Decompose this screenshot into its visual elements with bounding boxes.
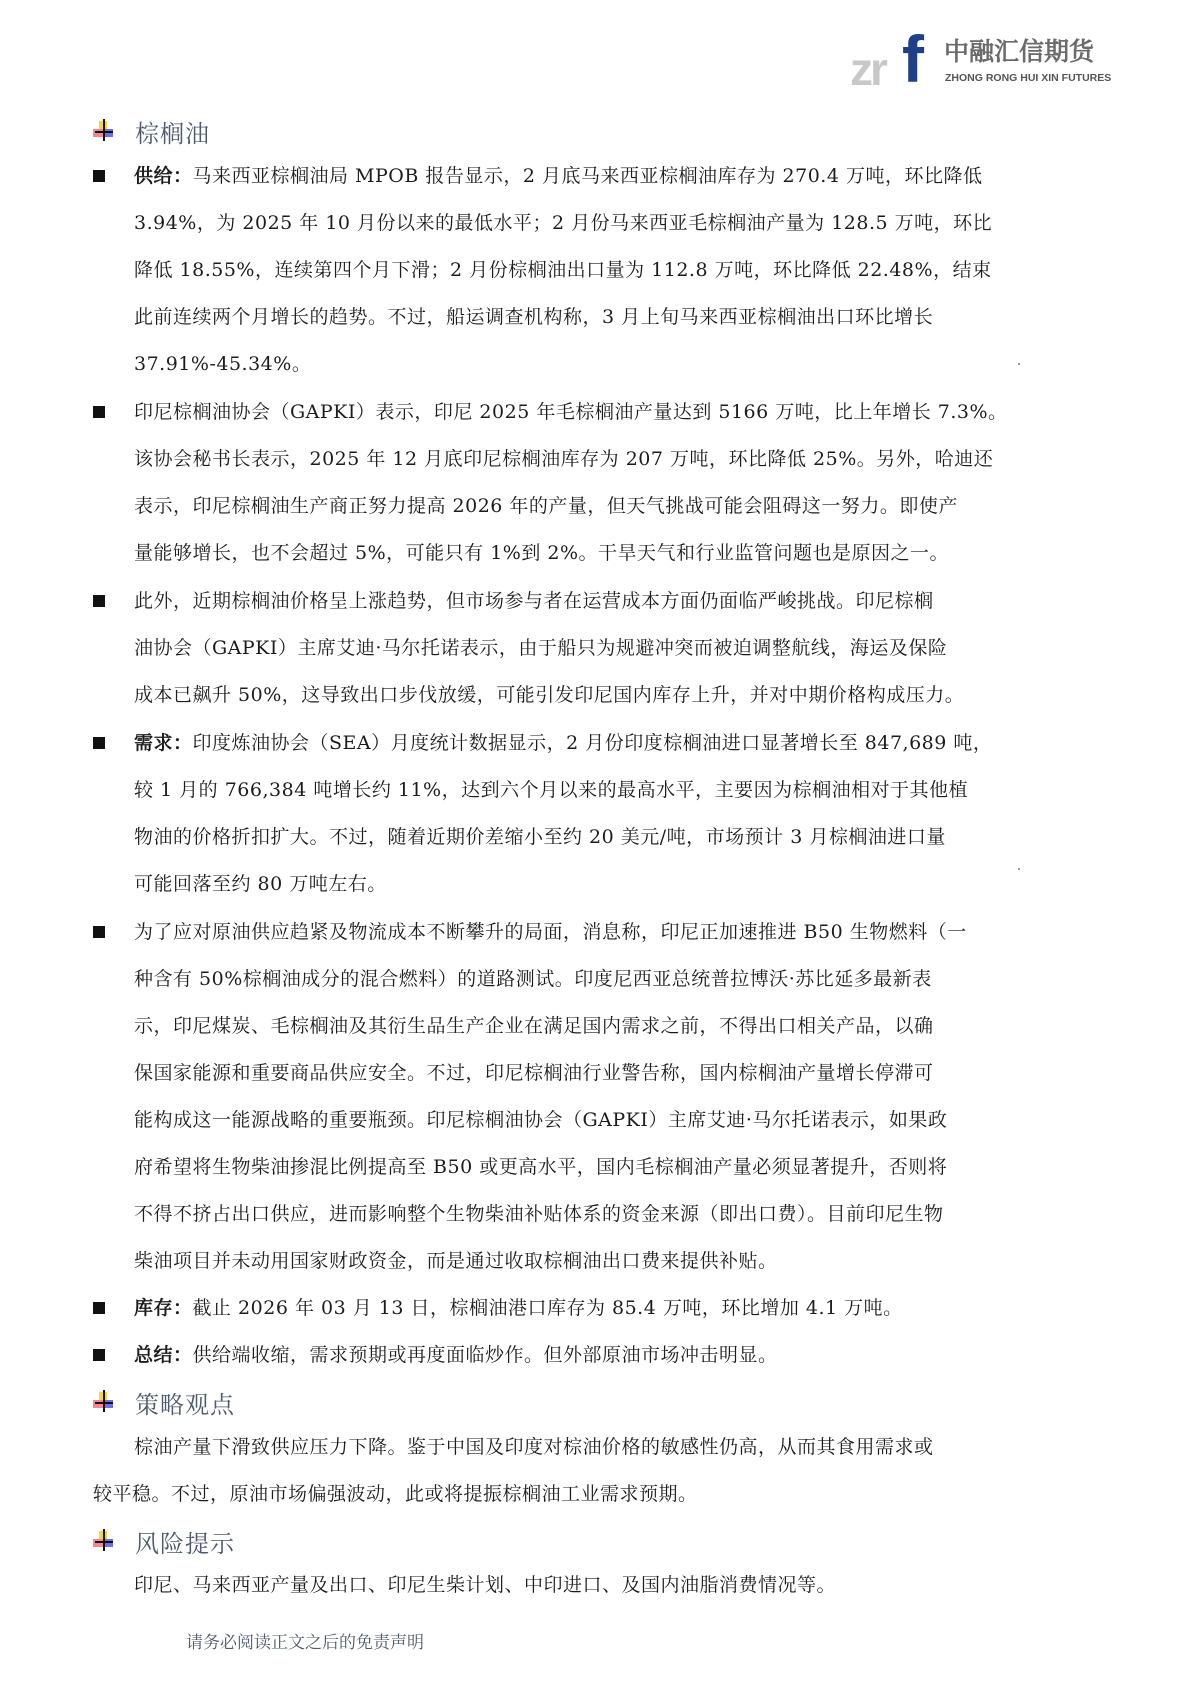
- disclaimer-footer: 请务必阅读正文之后的免责声明: [186, 1628, 424, 1653]
- item-label: 库存：: [134, 1297, 193, 1319]
- paragraph-line: 此前连续两个月增长的趋势。不过，船运调查机构称，3 月上旬马来西亚棕榈油出口环比…: [134, 304, 933, 330]
- item-label: 供给：: [134, 165, 193, 187]
- section-heading-strategy: 策略观点: [93, 1385, 235, 1419]
- paragraph-line: 表示，印尼棕榈油生产商正努力提高 2026 年的产量，但天气挑战可能会阻碍这一努…: [134, 493, 958, 519]
- paragraph-line: 印尼棕榈油协会（GAPKI）表示，印尼 2025 年毛棕榈油产量达到 5166 …: [134, 399, 1008, 425]
- square-bullet-icon: [93, 1302, 105, 1314]
- section-title: 策略观点: [135, 1385, 235, 1420]
- stray-mark: [1018, 363, 1020, 365]
- paragraph-line: 不得不挤占出口供应，进而影响整个生物柴油补贴体系的资金来源（即出口费）。目前印尼…: [134, 1201, 944, 1227]
- section-bullet-icon: [93, 119, 115, 143]
- paragraph-line: 3.94%，为 2025 年 10 月份以来的最低水平；2 月份马来西亚毛棕榈油…: [134, 210, 992, 236]
- company-name-cn: 中融汇信期货: [944, 38, 1094, 66]
- paragraph-line: 量能够增长，也不会超过 5%，可能只有 1%到 2%。干旱天气和行业监管问题也是…: [134, 540, 949, 566]
- section-heading-palm-oil: 棕榈油: [93, 114, 210, 148]
- paragraph-line: 为了应对原油供应趋紧及物流成本不断攀升的局面，消息称，印尼正加速推进 B50 生…: [134, 919, 967, 945]
- paragraph-line: 37.91%-45.34%。: [134, 351, 311, 377]
- item-label: 总结：: [134, 1344, 193, 1366]
- item-label: 需求：: [134, 732, 193, 754]
- square-bullet-icon: [93, 170, 105, 182]
- paragraph-line: 该协会秘书长表示，2025 年 12 月底印尼棕榈油库存为 207 万吨，环比降…: [134, 446, 993, 472]
- logo-mark-zr: zr: [850, 46, 885, 92]
- paragraph-line: 总结：供给端收缩，需求预期或再度面临炒作。但外部原油市场冲击明显。: [134, 1342, 778, 1368]
- paragraph-line: 能构成这一能源战略的重要瓶颈。印尼棕榈油协会（GAPKI）主席艾迪·马尔托诺表示…: [134, 1107, 947, 1133]
- square-bullet-icon: [93, 926, 105, 938]
- section-bullet-icon: [93, 1390, 115, 1414]
- section-title: 棕榈油: [135, 114, 210, 149]
- paragraph-line: 种含有 50%棕榈油成分的混合燃料）的道路测试。印度尼西亚总统普拉博沃·苏比延多…: [134, 966, 932, 992]
- paragraph-line: 降低 18.55%，连续第四个月下滑；2 月份棕榈油出口量为 112.8 万吨，…: [134, 257, 992, 283]
- paragraph-line: 柴油项目并未动用国家财政资金，而是通过收取棕榈油出口费来提供补贴。: [134, 1248, 778, 1274]
- paragraph-line: 需求：印度炼油协会（SEA）月度统计数据显示，2 月份印度棕榈油进口显著增长至 …: [134, 730, 992, 756]
- square-bullet-icon: [93, 595, 105, 607]
- section-title: 风险提示: [135, 1524, 235, 1559]
- square-bullet-icon: [93, 737, 105, 749]
- paragraph-line: 棕油产量下滑致供应压力下降。鉴于中国及印度对棕油价格的敏感性仍高，从而其食用需求…: [134, 1434, 934, 1460]
- company-name-en: ZHONG RONG HUI XIN FUTURES: [945, 72, 1111, 84]
- paragraph-line: 印尼、马来西亚产量及出口、印尼生柴计划、中印进口、及国内油脂消费情况等。: [134, 1572, 836, 1598]
- paragraph-line: 较平稳。不过，原油市场偏强波动，此或将提振棕榈油工业需求预期。: [93, 1481, 698, 1507]
- paragraph-line: 可能回落至约 80 万吨左右。: [134, 871, 387, 897]
- paragraph-line: 油协会（GAPKI）主席艾迪·马尔托诺表示，由于船只为规避冲突而被迫调整航线，海…: [134, 635, 947, 661]
- section-bullet-icon: [93, 1529, 115, 1553]
- paragraph-line: 较 1 月的 766,384 吨增长约 11%，达到六个月以来的最高水平，主要因…: [134, 777, 968, 803]
- section-heading-risk: 风险提示: [93, 1524, 235, 1558]
- logo-mark-f: f: [902, 26, 924, 92]
- paragraph-line: 供给：马来西亚棕榈油局 MPOB 报告显示，2 月底马来西亚棕榈油库存为 270…: [134, 163, 982, 189]
- square-bullet-icon: [93, 406, 105, 418]
- paragraph-line: 此外，近期棕榈油价格呈上涨趋势，但市场参与者在运营成本方面仍面临严峻挑战。印尼棕…: [134, 588, 934, 614]
- square-bullet-icon: [93, 1349, 105, 1361]
- paragraph-line: 示，印尼煤炭、毛棕榈油及其衍生品生产企业在满足国内需求之前，不得出口相关产品，以…: [134, 1013, 934, 1039]
- paragraph-line: 物油的价格折扣扩大。不过，随着近期价差缩小至约 20 美元/吨，市场预计 3 月…: [134, 824, 946, 850]
- paragraph-line: 保国家能源和重要商品供应安全。不过，印尼棕榈油行业警告称，国内棕榈油产量增长停滞…: [134, 1060, 934, 1086]
- paragraph-line: 府希望将生物柴油掺混比例提高至 B50 或更高水平，国内毛棕榈油产量必须显著提升…: [134, 1154, 947, 1180]
- paragraph-line: 成本已飙升 50%，这导致出口步伐放缓，可能引发印尼国内库存上升，并对中期价格构…: [134, 682, 964, 708]
- company-logo: zr f 中融汇信期货 ZHONG RONG HUI XIN FUTURES: [850, 24, 1130, 90]
- stray-mark: [1018, 868, 1020, 870]
- paragraph-line: 库存：截止 2026 年 03 月 13 日，棕榈油港口库存为 85.4 万吨，…: [134, 1295, 903, 1321]
